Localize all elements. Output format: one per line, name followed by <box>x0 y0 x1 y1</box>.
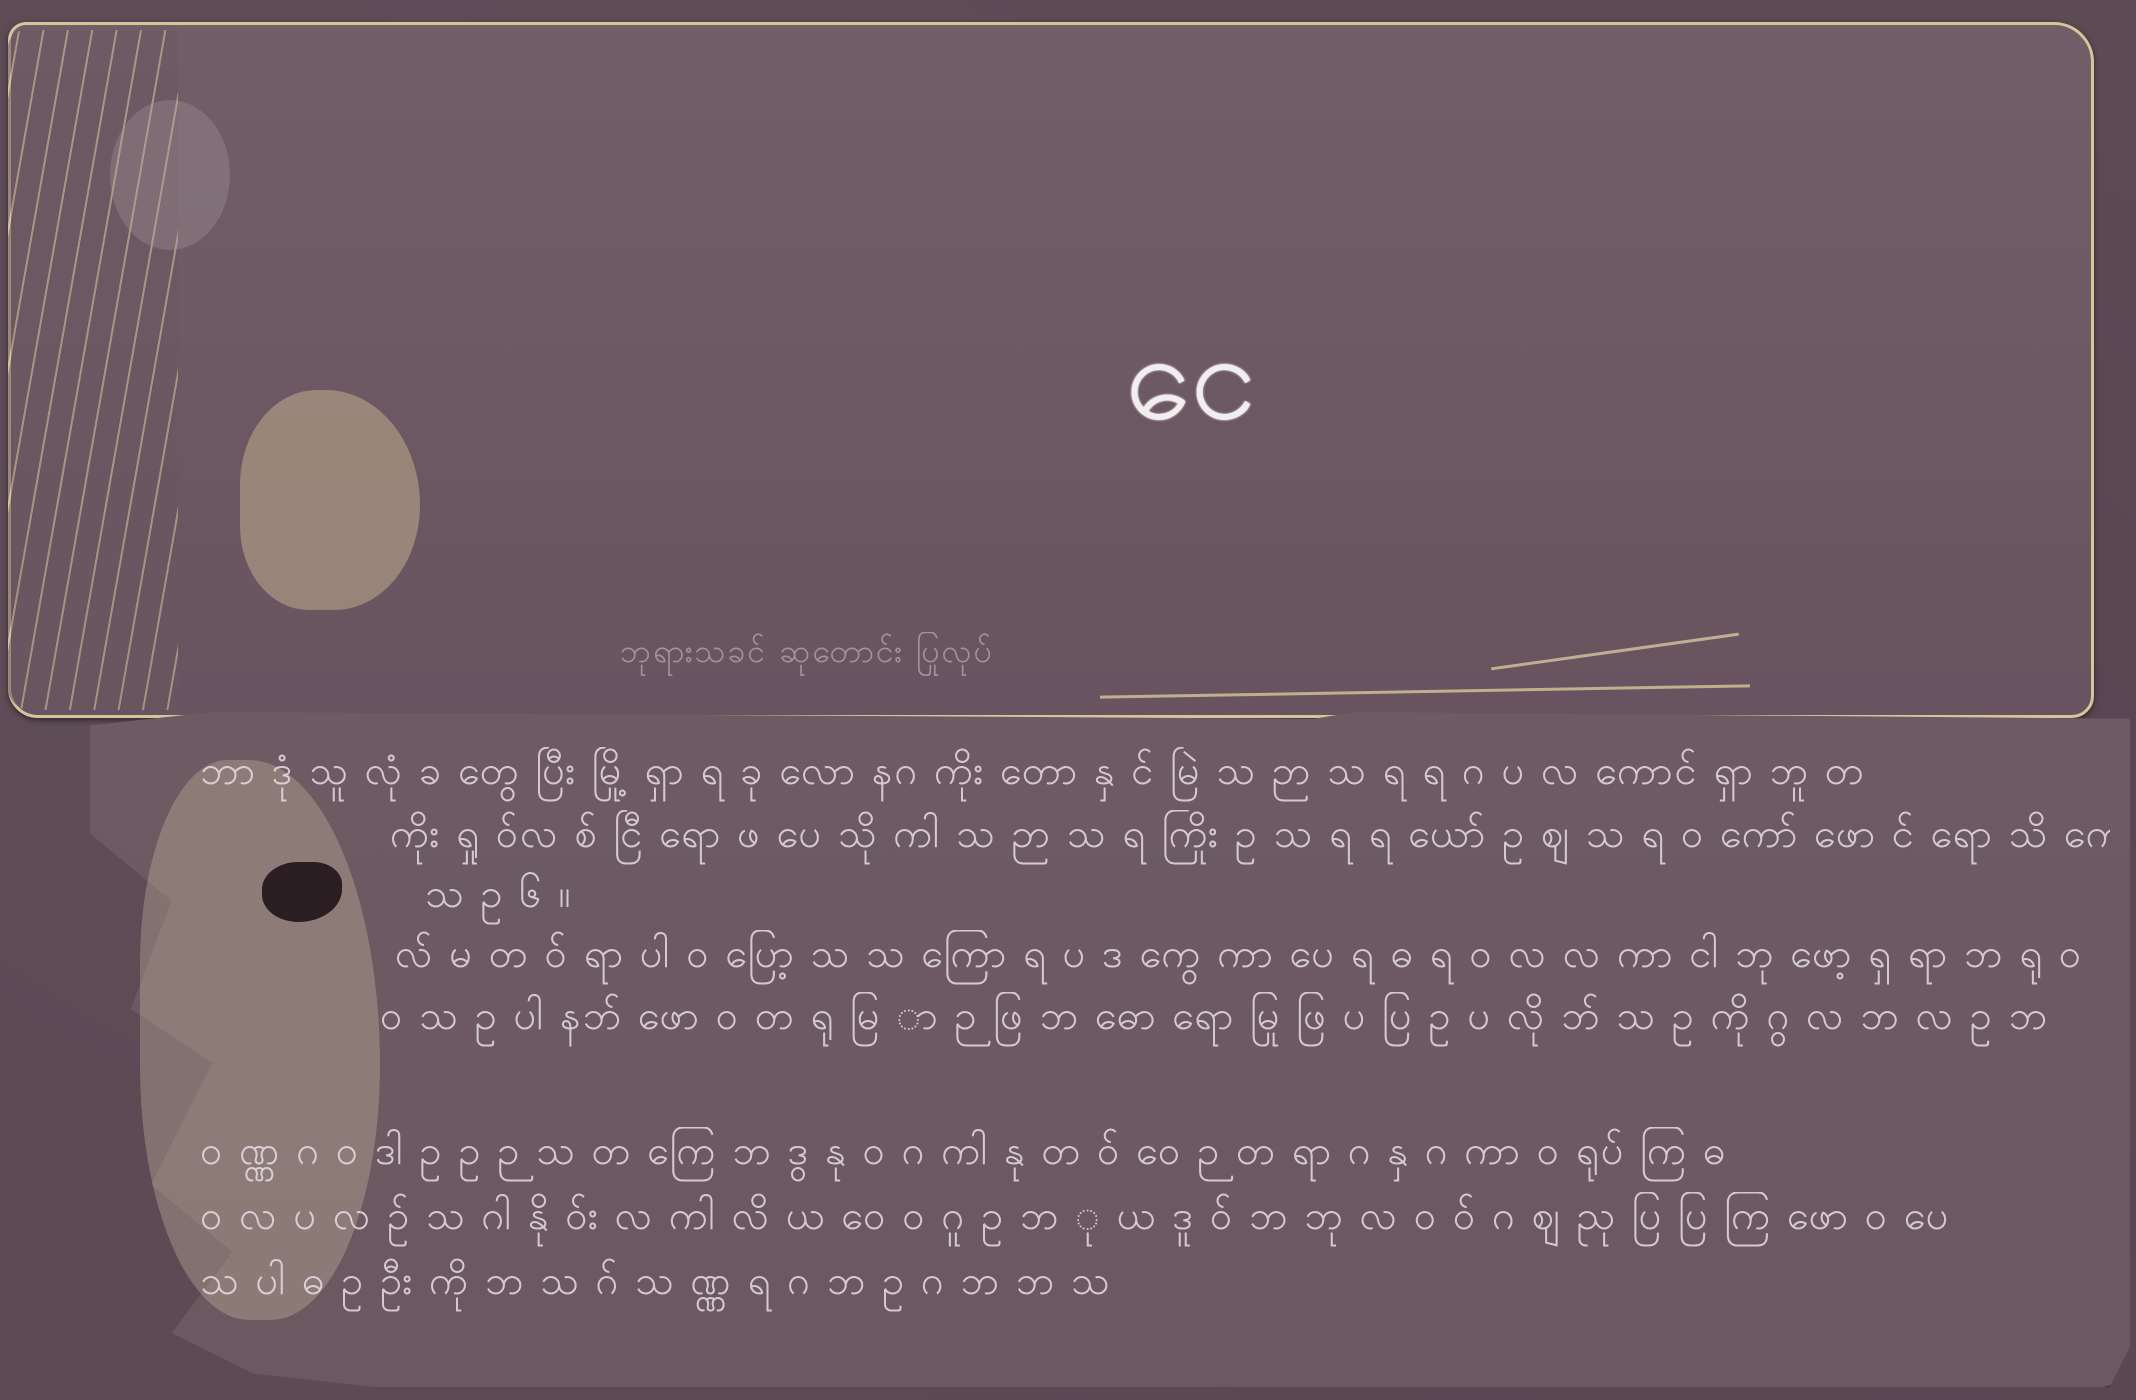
script-line: ဝ လ ပ လ ဉ် သ ဂါ နို ဝ်း လ ကါ လိ ယ ဝေ ဝ ဂ… <box>200 1190 2080 1249</box>
manuscript-top-page <box>8 22 2094 718</box>
script-line: ဝ ဏ္ဏ ဂ ဝ ဒါ ဥ ဥ ဉ သ တ ကြေ ဘ ဒွ နု ဝ ဂ က… <box>200 1125 2100 1184</box>
script-line: သ ပါ ဓ ဥ ဦး ကို ဘ သ ဂ် သ ဏ္ဏ ရ ဂ ဘ ဥ ဂ ဘ… <box>200 1255 1200 1314</box>
script-line: လ် မ တ ဝ် ရာ ပါ ဝ ပြော့ သ သ ကြော ရ ပ ဒ က… <box>395 928 2115 987</box>
script-line: ဝ သ ဥ ပါ နဘ် ဖော ဝ တ ရု မြ ာ ဉ ဖြ ဘ ဓော … <box>380 990 2110 1049</box>
page-number-glyph: ငေ <box>1125 300 1287 477</box>
script-line: သ ဥ ၆ ။ <box>425 868 625 927</box>
script-line: ကိုး ရှု ဝ်လ စ် ငြီ ရော ဖ ပေ သို ကါ သ ဉာ… <box>390 808 2110 867</box>
faint-script-line: ဘုရားသခင် ဆုတောင်း ပြုလုပ် <box>620 630 1080 678</box>
stain-spot <box>110 100 230 250</box>
script-line: ဘာ ဒုံ သူ လုံ ခ တွေ ပြီး မြို့ ရှာ ရ ခု … <box>200 745 2100 804</box>
